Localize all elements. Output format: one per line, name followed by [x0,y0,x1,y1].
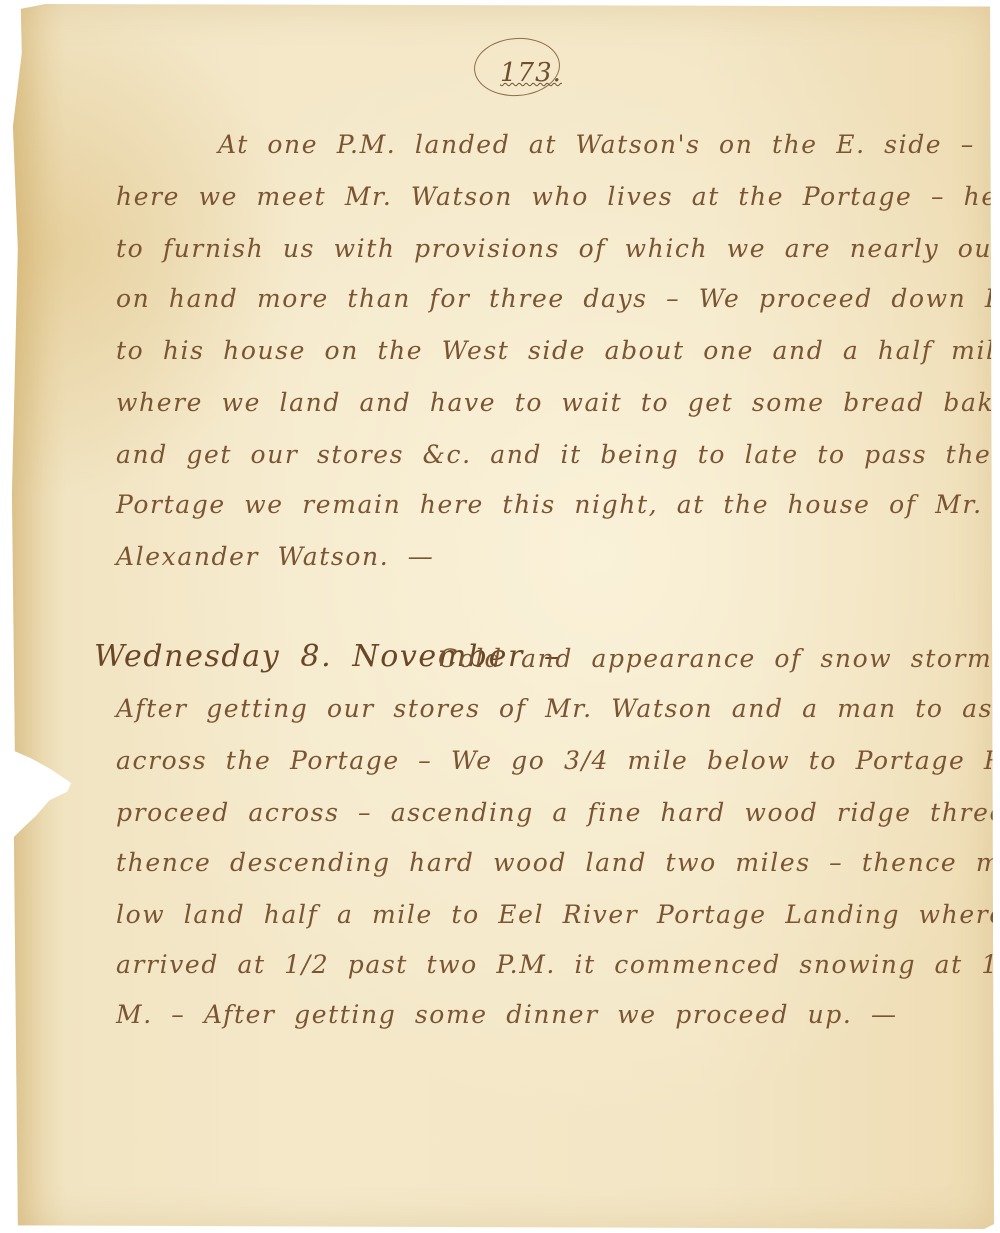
text-line: on hand more than for three days – We pr… [116,286,1000,311]
edge-stain [6,4,66,1229]
text-line: here we meet Mr. Watson who lives at the… [116,184,1000,209]
text-line: low land half a mile to Eel River Portag… [116,902,1000,927]
text-line: to furnish us with provisions of which w… [116,236,1000,261]
text-line: After getting our stores of Mr. Watson a… [116,696,1000,721]
text-line: to his house on the West side about one … [116,338,1000,363]
folio-number: 173. [500,58,562,88]
text-line: and get our stores &c. and it being to l… [116,442,991,467]
text-line: across the Portage – We go 3/4 mile belo… [116,748,1000,773]
text-line: Cold and appearance of snow storm. [438,646,1000,671]
text-line: where we land and have to wait to get so… [116,390,1000,415]
text-line: M. – After getting some dinner we procee… [116,1002,898,1027]
text-line: Alexander Watson. — [116,544,434,569]
text-line: proceed across – ascending a fine hard w… [116,800,1000,825]
manuscript-page: 173. At one P.M. landed at Watson's on t… [6,4,994,1229]
text-line: At one P.M. landed at Watson's on the E.… [218,132,975,157]
text-line: thence descending hard wood land two mil… [116,850,1000,875]
text-line: Portage we remain here this night, at th… [116,492,983,517]
text-line: arrived at 1/2 past two P.M. it commence… [116,952,1000,977]
